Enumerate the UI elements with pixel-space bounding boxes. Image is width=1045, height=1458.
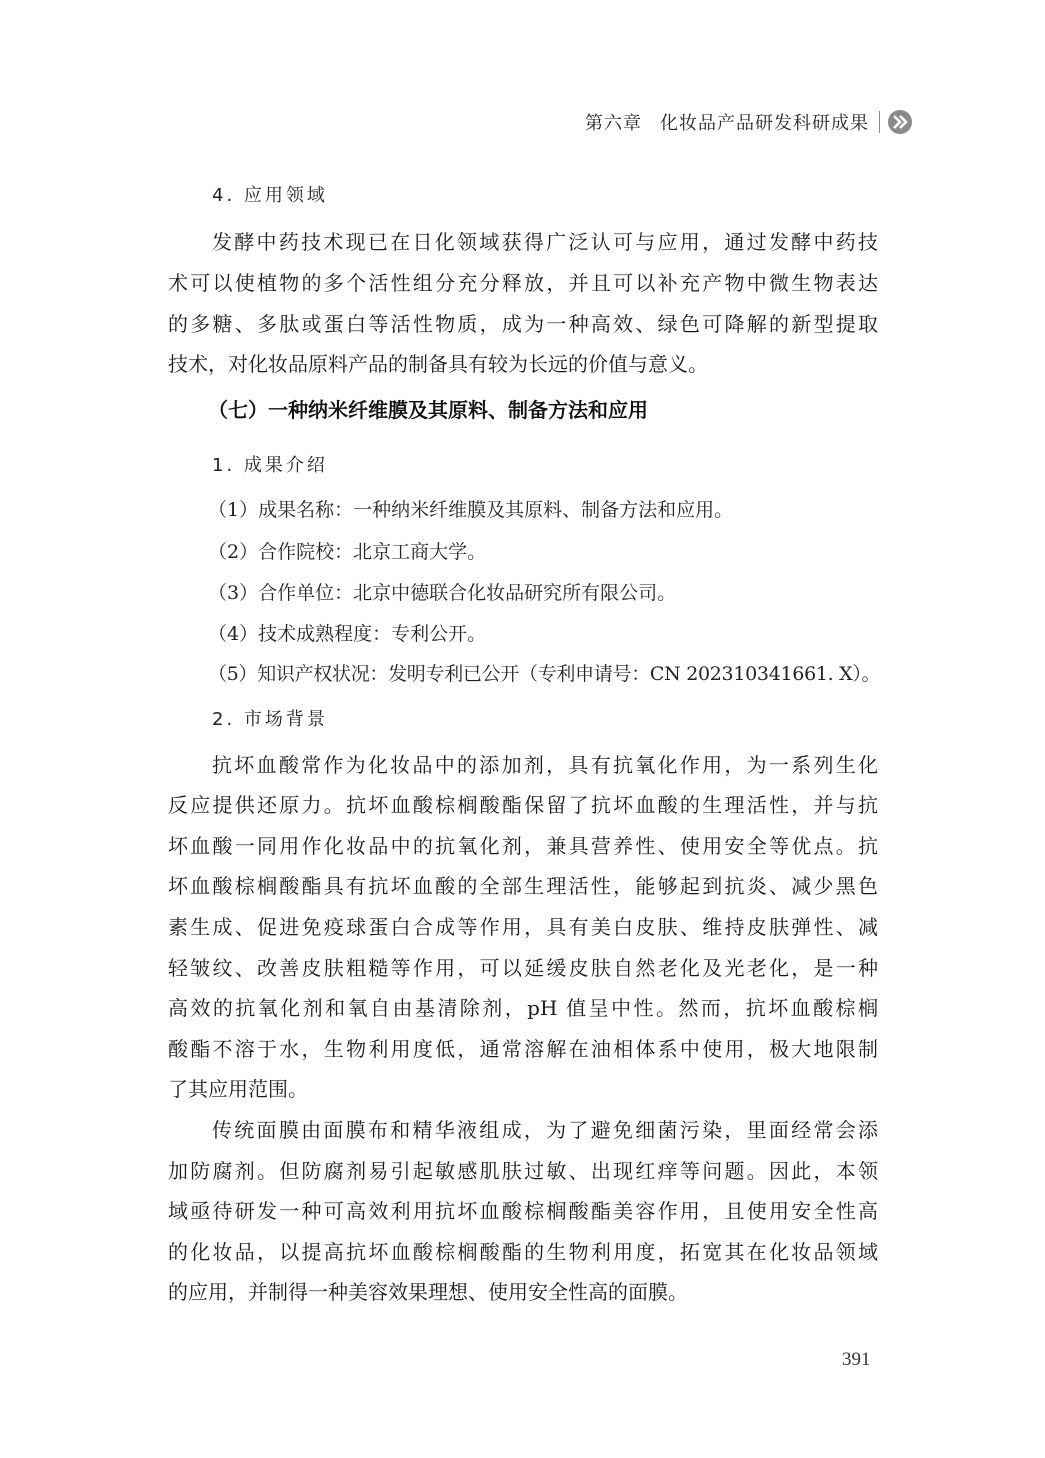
paragraph-line: 反应提供还原力。抗坏血酸棕榈酸酯保留了抗坏血酸的生理活性，并与抗 [168,791,878,819]
paragraph-line: 坏血酸棕榈酸酯具有抗坏血酸的全部生理活性，能够起到抗炎、减少黑色 [168,872,878,900]
paragraph-line: 传统面膜由面膜布和精华液组成，为了避免细菌污染，里面经常会添 [212,1116,878,1144]
header-divider [879,111,880,133]
list-item: （2）合作院校：北京工商大学。 [208,538,918,566]
paragraph-line: 抗坏血酸常作为化妆品中的添加剂，具有抗氧化作用，为一系列生化 [212,751,878,779]
list-item: （4）技术成熟程度：专利公开。 [208,620,918,648]
paragraph-line: 发酵中药技术现已在日化领域获得广泛认可与应用，通过发酵中药技 [212,228,878,256]
paragraph-line: 加防腐剂。但防腐剂易引起敏感肌肤过敏、出现红痒等问题。因此，本领 [168,1157,878,1185]
chapter-title: 化妆品产品研发科研成果 [660,109,869,135]
subsection-heading-applications: 4. 应用领域 [212,182,922,210]
subsection-heading-intro: 1. 成果介绍 [212,452,922,480]
double-chevron-right-icon [888,110,912,134]
paragraph-line: 酸酯不溶于水，生物利用度低，通常溶解在油相体系中使用，极大地限制 [168,1035,878,1063]
paragraph-line: 的化妆品，以提高抗坏血酸棕榈酸酯的生物利用度，拓宽其在化妆品领域 [168,1238,878,1266]
paragraph-line: 坏血酸一同用作化妆品中的抗氧化剂，兼具营养性、使用安全等优点。抗 [168,832,878,860]
paragraph-line: 了其应用范围。 [168,1075,878,1103]
list-item: （5）知识产权状况：发明专利已公开（专利申请号：CN 202310341661.… [208,660,918,688]
page-number: 391 [842,1349,871,1371]
chapter-label: 第六章 [585,109,642,135]
paragraph-line: 轻皱纹、改善皮肤粗糙等作用，可以延缓皮肤自然老化及光老化，是一种 [168,954,878,982]
paragraph-line: 技术，对化妆品原料产品的制备具有较为长远的价值与意义。 [168,350,878,378]
paragraph-line: 高效的抗氧化剂和氧自由基清除剂，pH 值呈中性。然而，抗坏血酸棕榈 [168,994,878,1022]
list-item: （1）成果名称：一种纳米纤维膜及其原料、制备方法和应用。 [208,496,918,524]
paragraph-line: 域亟待研发一种可高效利用抗坏血酸棕榈酸酯美容作用，且使用安全性高 [168,1197,878,1225]
paragraph-line: 的应用，并制得一种美容效果理想、使用安全性高的面膜。 [168,1278,878,1306]
section-heading: （七）一种纳米纤维膜及其原料、制备方法和应用 [208,396,918,424]
running-header: 第六章 化妆品产品研发科研成果 [585,108,912,136]
subsection-heading-market: 2. 市场背景 [212,706,922,734]
paragraph-line: 的多糖、多肽或蛋白等活性物质，成为一种高效、绿色可降解的新型提取 [168,310,878,338]
paragraph-line: 素生成、促进免疫球蛋白合成等作用，具有美白皮肤、维持皮肤弹性、减 [168,913,878,941]
list-item: （3）合作单位：北京中德联合化妆品研究所有限公司。 [208,579,918,607]
paragraph-line: 术可以使植物的多个活性组分充分释放，并且可以补充产物中微生物表达 [168,269,878,297]
